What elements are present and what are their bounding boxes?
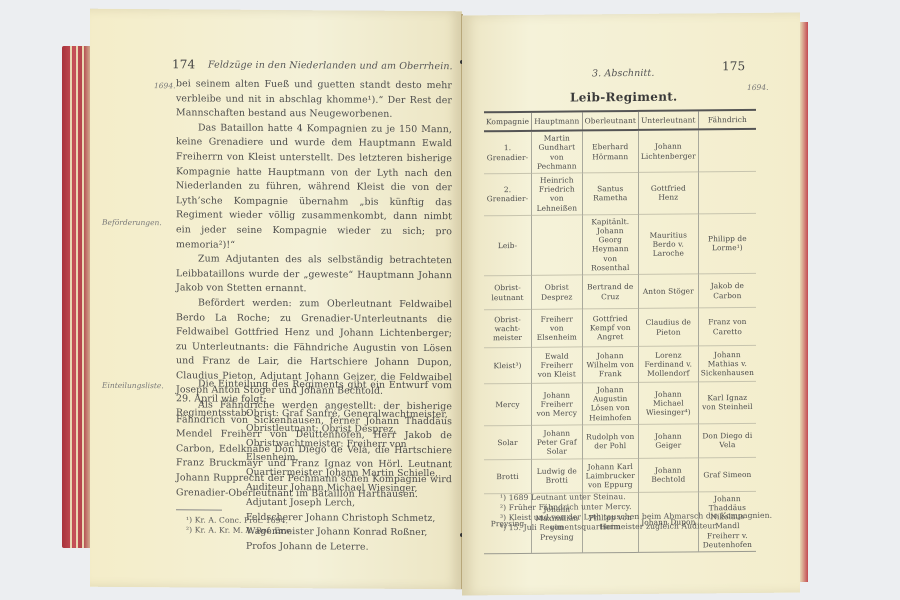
- table-cell: Johann Bechtold: [638, 458, 698, 493]
- table-cell: Johann Augustin Lösen von Heimhofen: [582, 382, 638, 424]
- page-number: 174: [172, 57, 195, 71]
- table-cell: Leib-: [484, 215, 532, 276]
- staff-item: Profos Johann de Leterre.: [246, 540, 462, 556]
- table-cell: Obrist-leutnant: [484, 275, 532, 309]
- table-cell: Mauritius Berdo v. Laroche: [638, 214, 698, 275]
- table-cell: Bertrand de Cruz: [582, 274, 638, 308]
- table-cell: 1. Grenadier-: [484, 131, 532, 174]
- left-page: 174 Feldzüge in den Niederlanden und am …: [90, 9, 462, 590]
- table-row: Mercy Johann Freiherr von Mercy Johann A…: [484, 381, 756, 425]
- table-cell: Heinrich Friedrich von Lehneißen: [532, 173, 583, 215]
- table-row: 2. Grenadier- Heinrich Friedrich von Leh…: [484, 171, 756, 215]
- staff-item: Quartiermeister Johann Martin Schielle,: [246, 466, 462, 482]
- running-head: 3. Abschnitt.: [592, 68, 654, 80]
- table-cell: Johann Mathias v. Sickenhausen: [698, 345, 756, 382]
- page-number: 175: [722, 59, 745, 73]
- table-cell: Johann Michael Wiesinger⁴): [638, 382, 698, 424]
- table-cell: Obrist-wacht-meister: [484, 309, 532, 347]
- book-cover-left-edge: [62, 46, 92, 548]
- table-cell: Johann Karl Laimbrucker von Eppurg: [582, 458, 638, 492]
- column-header: Kompagnie: [484, 112, 532, 132]
- table-cell: Graf Simeon: [698, 457, 756, 492]
- table-cell: [698, 129, 756, 172]
- margin-year: 1694.: [154, 81, 175, 90]
- table-cell: Jakob de Carbon: [698, 273, 756, 308]
- table-cell: Gottfried Kempf von Angret: [582, 308, 638, 346]
- table-cell: Philipp de Lorme¹): [698, 213, 756, 274]
- table-cell: [532, 215, 583, 276]
- paragraph: Das Bataillon hatte 4 Kompagnien zu je 1…: [176, 121, 452, 254]
- paragraph: Zum Adjutanten des als selbständig betra…: [176, 252, 452, 298]
- table-cell: Santus Rametha: [582, 172, 638, 214]
- table-cell: Kleist³): [484, 347, 532, 383]
- table-cell: [698, 171, 756, 213]
- table-cell: Karl Ignaz von Steinheil: [698, 381, 756, 423]
- margin-year: 1694.: [747, 83, 768, 92]
- footnote: ²) Kr. A. Kr. M. A. Rof. Erw.: [186, 525, 292, 536]
- table-cell: Johann Freiherr von Mercy: [532, 383, 583, 425]
- staff-item: Auditeur Johann Michael Wiesinger,: [246, 481, 462, 497]
- book-cover-right-edge: [800, 22, 808, 582]
- table-cell: Claudius de Pieton: [638, 308, 698, 347]
- table-cell: Franz von Caretto: [698, 307, 756, 346]
- table-cell: Johann Geiger: [638, 424, 698, 459]
- margin-note-allocation: Einteilungsliste.: [102, 381, 164, 390]
- table-cell: Johann Wilhelm von Frank: [582, 346, 638, 382]
- table-row: Obrist-wacht-meister Freiherr von Elsenh…: [484, 307, 756, 347]
- column-header: Fähndrich: [698, 110, 756, 130]
- staff-item: Obristleutnant: Obrist Desprez,: [246, 422, 462, 438]
- footnotes: ¹) Kr. A. Conc. Prot. 1694. ²) Kr. A. Kr…: [186, 515, 292, 536]
- table-title: Leib-Regiment.: [570, 90, 678, 105]
- column-header: Unterleutnant: [638, 110, 698, 130]
- regiment-table: Kompagnie Hauptmann Oberleutnant Unterle…: [484, 109, 756, 554]
- table-row: 1. Grenadier- Martin Gundhart von Pechma…: [484, 129, 756, 174]
- table-cell: Don Diego di Vela: [698, 423, 756, 458]
- table-row: Leib- Kapitänlt. Johann Georg Heymann vo…: [484, 213, 756, 276]
- staff-item: Obristwachtmeister: Freiherr von Elsenhe…: [246, 436, 462, 467]
- table-cell: Gottfried Henz: [638, 172, 698, 214]
- column-header: Oberleutnant: [582, 111, 638, 131]
- table-cell: 2. Grenadier-: [484, 173, 532, 215]
- running-head: Feldzüge in den Niederlanden und am Ober…: [208, 60, 453, 73]
- margin-note-promotions: Beförderungen.: [102, 218, 162, 227]
- staff-item: Obrist: Graf Sanfré, Generalwachtmeister…: [246, 407, 462, 423]
- table-cell: Anton Stöger: [638, 274, 698, 309]
- table-row: Obrist-leutnant Obrist Desprez Bertrand …: [484, 273, 756, 309]
- paragraph: Die Einteilung des Regiments gibt ein En…: [176, 377, 452, 408]
- table-cell: Johann Peter Graf Solar: [532, 425, 583, 459]
- table-cell: Obrist Desprez: [532, 275, 583, 309]
- table-header-row: Kompagnie Hauptmann Oberleutnant Unterle…: [484, 110, 756, 132]
- footnote-rule: [176, 509, 222, 510]
- table-row: Solar Johann Peter Graf Solar Rudolph vo…: [484, 423, 756, 459]
- table-row: Brotti Ludwig de Brotti Johann Karl Laim…: [484, 457, 756, 493]
- staff-item: Adjutant Joseph Lerch,: [246, 496, 462, 512]
- table-cell: Freiherr von Elsenheim: [532, 309, 583, 347]
- table-cell: Mercy: [484, 383, 532, 425]
- table-cell: Kapitänlt. Johann Georg Heymann von Rose…: [582, 214, 638, 275]
- table-cell: Eberhard Hörmann: [582, 130, 638, 173]
- paragraph: bei seinem alten Fueß und guetten standt…: [176, 77, 452, 123]
- table-cell: Johann Lichtenberger: [638, 130, 698, 173]
- staff-label: Regimentsstab:: [176, 406, 250, 421]
- table-row: Kleist³) Ewald Freiherr von Kleist Johan…: [484, 345, 756, 383]
- table-cell: Martin Gundhart von Pechmann: [532, 131, 583, 174]
- column-header: Hauptmann: [532, 111, 583, 131]
- table-cell: Lorenz Ferdinand v. Mollendorf: [638, 346, 698, 383]
- table-cell: Solar: [484, 425, 532, 459]
- table-cell: Rudolph von der Pohl: [582, 424, 638, 458]
- table-cell: Ewald Freiherr von Kleist: [532, 347, 583, 383]
- table-cell: Ludwig de Brotti: [532, 459, 583, 493]
- footnotes: ¹) 1689 Leutnant unter Steinau. ²) Frühe…: [500, 491, 772, 533]
- right-page: 3. Abschnitt. 175 1694. Leib-Regiment. K…: [462, 13, 800, 596]
- table-cell: Brotti: [484, 459, 532, 493]
